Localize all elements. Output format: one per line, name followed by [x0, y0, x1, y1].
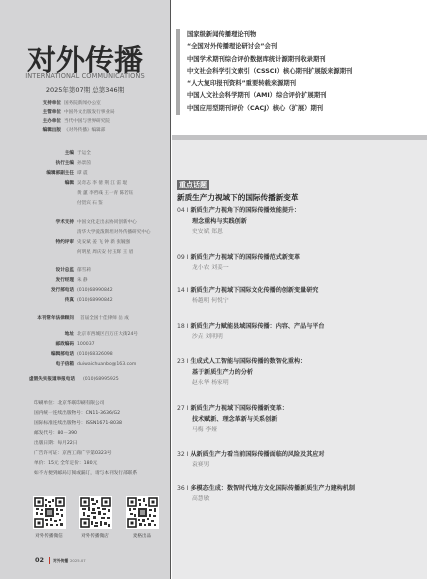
print-info-line: 出版日期：每月22日	[34, 440, 77, 446]
article-authors: 杨越明 何悦宁	[177, 296, 425, 306]
editor-row: 编辑吴奇志 李 倩 荆 江 雷 琨	[34, 181, 127, 187]
article-subtitle: 基于新质生产力的分析	[177, 367, 425, 378]
credential-item: 中国应用型期刊评价（CACJ）核心（扩展）期刊	[187, 103, 427, 115]
toc-article[interactable]: 14 I 新质生产力视域下国际文化传播的创新变量研究 杨越明 何悦宁	[177, 285, 425, 306]
print-info-line: 国内统一连续出版物号：CN11-3636/G2	[34, 410, 120, 416]
contact-row: 电子信箱duiwaichuanbo@163.com	[34, 362, 136, 368]
credential-item: 国家级新闻传播理论刊物	[187, 29, 427, 41]
article-subtitle: 理念重构与实践创新	[177, 216, 425, 227]
toc-article[interactable]: 04 I 新质生产力视角下的国际传播效能提升： 理念重构与实践创新 史安斌 郑恩	[177, 205, 425, 237]
qr-label: 对外传播微信	[29, 533, 69, 539]
editor-row: 执行主编孙景茵	[34, 161, 91, 167]
credential-item: “人大复印报刊资料”重要转载来源期刊	[187, 78, 427, 90]
toc-article[interactable]: 32 I 从新质生产力看当前国际传播面临的风险及其应对 袁赛男	[177, 449, 425, 470]
journal-english-title: INTERNATIONAL COMMUNICATIONS	[0, 72, 170, 80]
topic-title: 新质生产力视域下的国际传播新变革	[177, 192, 299, 203]
article-title: 多模态生成：数智时代地方文化国际传播新质生产力建构机制	[190, 485, 355, 492]
toc-article[interactable]: 27 I 新质生产力视域下国际传播新变革： 技术赋新、理念革新与关系创新 马梅 …	[177, 403, 425, 435]
issue-number: 2025年第07期 总第346期	[0, 85, 170, 94]
qr-code-icon	[126, 496, 159, 529]
credential-item: 中国人文社会科学期刊（AMI）综合评价扩展期刊	[187, 90, 427, 102]
footer-date: 2025.07	[70, 558, 86, 563]
print-info-line: 如不方便到邮局订阅或漏订，请与本刊发行部联系	[34, 470, 137, 476]
print-info-line: 广告许可证：京西工商广字第0323号	[34, 450, 112, 456]
contact-row: 地址北京市西城区百万庄大街24号	[34, 332, 138, 338]
article-title: 新质生产力赋能县域国际传播：内容、产品与平台	[190, 323, 324, 330]
editor-row: 编辑部副主任谭 震	[34, 171, 88, 177]
academic-row: 特约评审史安斌 姜 飞 钟 新 张毓强	[34, 240, 130, 246]
print-info-line: 印刷单位：北京华联印刷有限公司	[34, 400, 104, 406]
footer-divider	[49, 557, 50, 564]
footer-journal: 对外传播	[53, 558, 68, 563]
qr-code-icon	[33, 496, 66, 529]
contact-row: 邮政编码100037	[34, 342, 95, 348]
article-title: 新质生产力视角下的国际传播效能提升：	[190, 207, 300, 214]
article-title: 新质生产力视域下国际传播新变革：	[190, 405, 288, 412]
wechat-qr-code[interactable]	[33, 496, 66, 529]
article-authors: 马梅 李娅	[177, 425, 425, 435]
qr-label: 对外传播微店	[75, 533, 115, 539]
masthead-panel: 对外传播 INTERNATIONAL COMMUNICATIONS 2025年第…	[0, 0, 171, 579]
editor-row: 付贺宾 石 鉴	[34, 201, 103, 207]
journal-credentials: 国家级新闻传播理论刊物 “全国对外传播理论研讨会”会刊 中国学术期刊综合评价数据…	[176, 29, 427, 115]
toc-article[interactable]: 09 I 新质生产力视域下的国际传播范式新变革 龙小农 刘姜一	[177, 252, 425, 273]
print-info-line: 邮发代号：80－390	[34, 430, 77, 436]
qr-label: 麦格出品	[122, 533, 162, 539]
legal-advisor-row: 本刊常年法律顾问首届全国十佳律师 岳 成	[28, 316, 129, 322]
publisher-row: 支持单位国务院新闻办公室	[34, 101, 101, 107]
article-authors: 沙垚 刘明明	[177, 332, 425, 342]
article-authors: 赵永华 杨家明	[177, 378, 425, 388]
toc-article[interactable]: 18 I 新质生产力赋能县域国际传播：内容、产品与平台 沙垚 刘明明	[177, 321, 425, 342]
qr-code-icon	[79, 496, 112, 529]
article-title: 新质生产力视域下国际文化传播的创新变量研究	[190, 287, 318, 294]
article-authors: 史安斌 郑恩	[177, 227, 425, 237]
credential-item: 中文社会科学引文索引（CSSCI）核心期刊扩展版来源期刊	[187, 66, 427, 78]
mage-qr-code[interactable]	[126, 496, 159, 529]
article-subtitle: 技术赋新、理念革新与关系创新	[177, 414, 425, 425]
staff-row: 发行部电话(010)68990842	[34, 288, 113, 294]
staff-row: 设计总监郁雪莉	[34, 268, 91, 274]
contents-panel: 国家级新闻传播理论刊物 “全国对外传播理论研讨会”会刊 中国学术期刊综合评价数据…	[172, 0, 427, 579]
table-of-contents: 重点话题 新质生产力视域下的国际传播新变革 04 I 新质生产力视角下的国际传播…	[172, 135, 427, 579]
editor-row: 主编于运全	[34, 151, 91, 157]
editor-row: 黄 蕙 李哲彧 王一青 陈若钰	[34, 191, 133, 197]
contact-row: 编辑部电话(010)68326098	[34, 352, 113, 358]
article-authors: 龙小农 刘姜一	[177, 263, 425, 273]
print-info-line: 单价：15元 全年定价：180元	[34, 460, 97, 466]
article-authors: 高慧敏	[177, 494, 425, 504]
article-title: 生成式人工智能与国际传播的数智化重构：	[190, 358, 306, 365]
toc-article[interactable]: 23 I 生成式人工智能与国际传播的数智化重构： 基于新质生产力的分析 赵永华 …	[177, 356, 425, 388]
toc-article[interactable]: 36 I 多模态生成：数智时代地方文化国际传播新质生产力建构机制 高慧敏	[177, 483, 425, 504]
staff-row: 传真(010)68990842	[34, 298, 113, 304]
academic-row: 清华大学爱泼斯坦对外传播研究中心	[34, 230, 151, 236]
section-badge: 重点话题	[177, 180, 209, 190]
article-authors: 袁赛男	[177, 460, 425, 470]
page-number: 02	[35, 556, 44, 564]
credential-item: “全国对外传播理论研讨会”会刊	[187, 41, 427, 53]
academic-row: 何明星 周庆安 付玉辉 王 眉	[34, 250, 133, 256]
publisher-row: 主办单位当代中国与世界研究院	[34, 119, 110, 125]
article-title: 新质生产力视域下的国际传播范式新变革	[190, 254, 300, 261]
publisher-row: 编辑出版《对外传播》编辑部	[34, 128, 105, 134]
staff-row: 发行经理朱 静	[34, 278, 88, 284]
page-footer: 02对外传播 2025.07	[35, 556, 86, 564]
store-qr-code[interactable]	[79, 496, 112, 529]
print-info-line: 国际标准连续出版物号：ISSN1671-8038	[34, 420, 122, 426]
article-title: 从新质生产力看当前国际传播面临的风险及其应对	[190, 451, 324, 458]
hotline-row: 虚假失实报道举报电话(010)68995925	[29, 377, 119, 383]
credential-item: 中国学术期刊综合评价数据库统计源期刊收录期刊	[187, 54, 427, 66]
publisher-row: 主管单位中国外文出版发行事业局	[34, 110, 115, 116]
academic-row: 学术支持中国文化走出去协同创新中心	[34, 220, 137, 226]
